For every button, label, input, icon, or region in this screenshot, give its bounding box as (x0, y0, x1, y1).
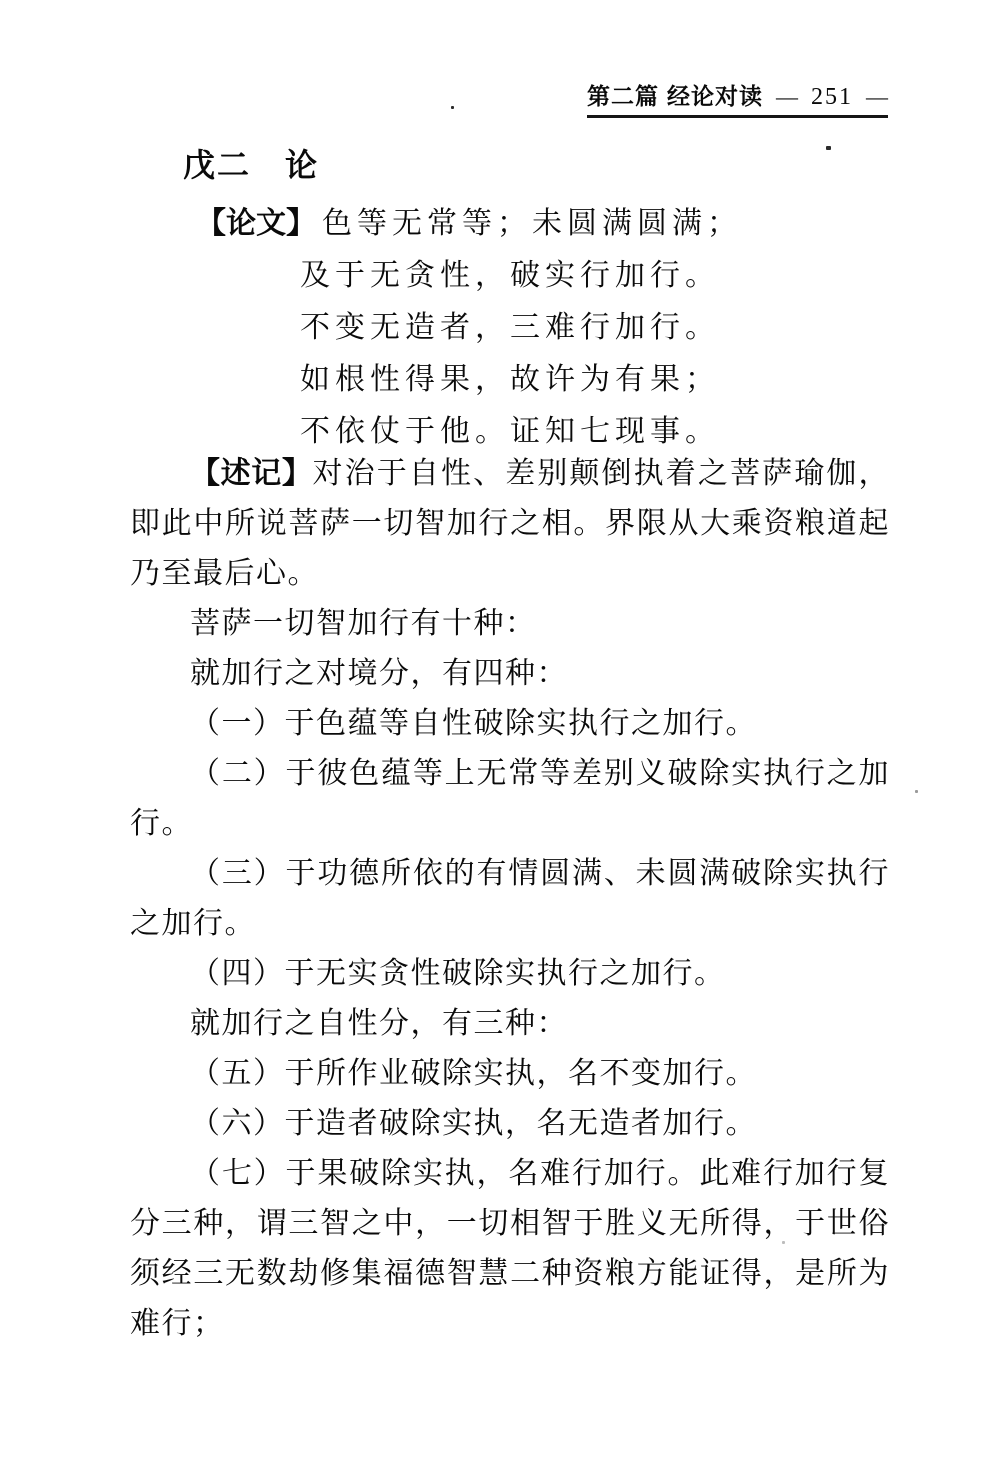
scan-speck (915, 790, 918, 793)
commentary-paragraph: 就加行之对境分，有四种： (130, 649, 890, 699)
commentary-paragraph: （五）于所作业破除实执，名不变加行。 (130, 1049, 890, 1099)
page-number-dash-right: — (866, 85, 888, 109)
page-number: 251 (811, 84, 853, 110)
book-page: 第二篇经论对读 — 251 — 戊二 论 【论文】色等无常等；未圆满圆满； 及于… (0, 0, 982, 1458)
section-title: 戊二 论 (183, 148, 319, 183)
verse-line: 及于无贪性，破实行加行。 (300, 250, 742, 302)
scan-speck (782, 1241, 785, 1244)
page-header: 第二篇经论对读 — 251 — (587, 84, 888, 118)
running-head-section: 第二篇 (587, 84, 659, 109)
verse-text: 色等无常等；未圆满圆满； (322, 207, 742, 240)
shuji-label: 【述记】 (190, 457, 312, 490)
verse-line: 【论文】色等无常等；未圆满圆满； (196, 198, 742, 250)
commentary-paragraph: （一）于色蕴等自性破除实执行之加行。 (130, 699, 890, 749)
verse-block: 【论文】色等无常等；未圆满圆满； 及于无贪性，破实行加行。 不变无造者，三难行加… (196, 198, 742, 458)
commentary-opening-paragraph: 【述记】对治于自性、差别颠倒执着之菩萨瑜伽，即此中所说菩萨一切智加行之相。界限从… (130, 449, 890, 599)
commentary-paragraph: 就加行之自性分，有三种： (130, 999, 890, 1049)
running-head-title: 经论对读 (667, 84, 763, 109)
page-number-dash-left: — (776, 85, 798, 109)
commentary-paragraph: （六）于造者破除实执，名无造者加行。 (130, 1099, 890, 1149)
scan-speck (826, 146, 831, 150)
commentary-paragraph: （二）于彼色蕴等上无常等差别义破除实执行之加行。 (130, 749, 890, 849)
commentary-paragraph: （三）于功德所依的有情圆满、未圆满破除实执行之加行。 (130, 849, 890, 949)
running-head: 第二篇经论对读 (587, 84, 763, 109)
commentary-block: 【述记】对治于自性、差别颠倒执着之菩萨瑜伽，即此中所说菩萨一切智加行之相。界限从… (130, 449, 890, 1349)
lunwen-label: 【论文】 (196, 207, 316, 240)
commentary-paragraph: （七）于果破除实执，名难行加行。此难行加行复分三种，谓三智之中，一切相智于胜义无… (130, 1149, 890, 1349)
scan-speck (451, 106, 454, 109)
verse-line: 如根性得果，故许为有果； (300, 354, 742, 406)
verse-line: 不变无造者，三难行加行。 (300, 302, 742, 354)
commentary-paragraph: 菩萨一切智加行有十种： (130, 599, 890, 649)
commentary-paragraph: （四）于无实贪性破除实执行之加行。 (130, 949, 890, 999)
